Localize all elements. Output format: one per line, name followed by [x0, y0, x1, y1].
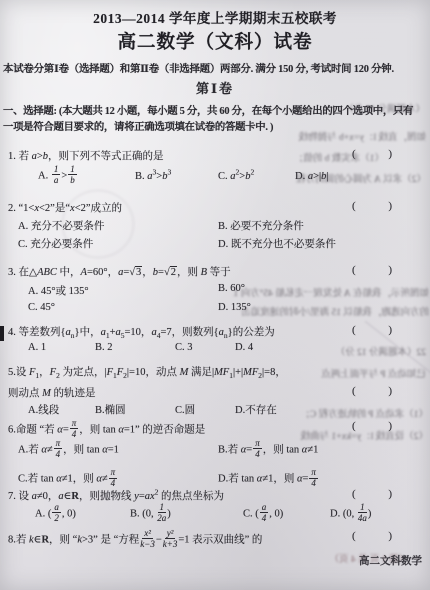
text-segment: =10， — [125, 327, 152, 338]
open-bracket: ( — [352, 385, 356, 397]
bleedthrough-text: 的方向逃跑，我船以 15 海里/小时的速度追击 — [233, 304, 429, 318]
text-segment: A. ( — [35, 509, 51, 520]
question-stem: 7. 设 a≠0，a∈R，则抛物线 y=ax2 的焦点坐标为 — [8, 488, 224, 503]
text-segment: A. 45°或 135° — [28, 286, 89, 297]
fraction-denominator: 2a — [157, 513, 166, 523]
open-bracket: ( — [352, 488, 356, 500]
fraction: π4 — [253, 439, 262, 459]
close-bracket: ) — [388, 264, 392, 276]
option-row: A. 1B. 2C. 3D. 4 — [28, 342, 253, 353]
text-segment: ≠ — [47, 445, 53, 456]
text-segment: C. 3 — [175, 342, 193, 353]
text-segment: 6.命题 “若 — [8, 425, 57, 436]
open-bracket: ( — [352, 530, 356, 542]
fraction-numerator: 1 — [158, 503, 167, 513]
bleedthrough-text: （2）设直线 l：y=kx+1 与曲线 — [248, 428, 428, 442]
text-segment: A. 1 — [28, 342, 46, 353]
text-segment: 的焦点坐标为 — [158, 491, 224, 502]
text-segment: D. (0, — [330, 509, 357, 520]
text-segment: , 0) — [62, 509, 76, 520]
exam-session-title: 2013—2014 学年度上学期期末五校联考 — [0, 7, 430, 27]
text-segment: |=10，动点 — [127, 367, 180, 378]
text-segment: B. 必要不充分条件 — [218, 221, 304, 232]
fraction-numerator: π — [54, 439, 63, 449]
fraction-numerator: π — [109, 468, 118, 478]
open-bracket: ( — [352, 264, 356, 276]
bleedthrough-text: 如图所示，我船在 A 处发现一走私船 45°方向 12 海里 — [233, 285, 429, 299]
text-segment: }的公差为 — [228, 327, 275, 338]
answer-brackets: () — [352, 200, 392, 212]
text-segment: ≠1，则 — [62, 474, 97, 485]
fraction-denominator: 4a — [358, 513, 367, 523]
option-B: B. 必要不充分条件 — [218, 218, 336, 233]
question-stem-line2: 则动点 M 的轨迹是 — [8, 385, 96, 400]
fraction-denominator: 2 — [54, 513, 59, 523]
math-variable: MF — [214, 367, 229, 378]
fraction: 1a — [52, 165, 61, 185]
fraction-denominator: k−3 — [140, 539, 155, 549]
text-segment: B.椭圆 — [95, 405, 126, 416]
question-stem: 8.若 k∈R，则 “k>3” 是 “方程x²k−3−y²k+3=1 表示双曲线… — [8, 530, 262, 550]
bleedthrough-figure-circle — [62, 190, 134, 258]
text-segment: ，则 tan — [79, 425, 118, 436]
answer-brackets: () — [352, 385, 392, 397]
fraction: π4 — [70, 419, 79, 439]
text-segment: ) — [167, 509, 171, 520]
close-bracket: ) — [388, 385, 392, 397]
fraction-numerator: 1 — [52, 165, 61, 175]
option-row: A. 45°或 135°B. 60°C. 45°D. 135° — [28, 283, 251, 313]
text-segment: C.若 tan — [18, 474, 56, 485]
fraction: a4 — [260, 503, 269, 523]
math-variable: MF — [243, 367, 258, 378]
question-stem: 6.命题 “若 α=π4，则 tan α=1” 的逆否命题是 — [8, 420, 205, 440]
text-segment: ， — [39, 367, 50, 378]
text-segment: C.圆 — [175, 405, 195, 416]
text-segment: |+| — [233, 367, 243, 378]
bold-symbol: R — [41, 535, 49, 546]
paper-title: 高二数学（文科）试卷 — [0, 28, 430, 54]
bleedthrough-text: （1）求动点 P 的轨迹方程 C； — [260, 406, 428, 420]
close-bracket: ) — [388, 530, 392, 542]
option-B: B. a3>b3 — [135, 171, 218, 182]
text-segment: = — [302, 474, 308, 485]
part-title: 第Ⅰ卷 — [0, 78, 430, 97]
fraction-numerator: 1 — [68, 165, 77, 175]
text-segment: C. ( — [243, 509, 259, 520]
bleedthrough-text: （本题满分 12 分） — [293, 101, 425, 115]
answer-brackets: () — [352, 530, 392, 542]
option-D: D.若 tan α≠1，则 α=π4 — [218, 469, 319, 489]
option-B: B. (0, 12a) — [130, 504, 243, 524]
fraction-denominator: 4 — [255, 449, 260, 459]
sqrt-expression: √2 — [164, 267, 177, 278]
text-segment: D. 4 — [235, 342, 253, 353]
option-B: B.椭圆 — [95, 402, 175, 417]
text-segment: =7，则数列{ — [160, 327, 218, 338]
text-segment: 3. 在△ — [8, 267, 37, 278]
text-segment: =1” 的逆否命题是 — [124, 425, 205, 436]
text-segment: =1 表示双曲线” 的 — [178, 535, 262, 546]
option-C: C.圆 — [175, 402, 235, 417]
text-segment: B.若 — [218, 445, 241, 456]
close-bracket: ) — [388, 200, 392, 212]
option-A: A. 1 — [28, 342, 95, 353]
fraction-denominator: 4 — [72, 429, 77, 439]
text-segment: ≠1 — [307, 445, 318, 456]
text-segment: − — [156, 535, 162, 546]
text-segment: D.若 tan — [218, 474, 257, 485]
fraction: π4 — [54, 439, 63, 459]
fraction: 12a — [157, 503, 166, 523]
text-segment: B. 2 — [95, 342, 113, 353]
option-C: C. 45° — [28, 302, 218, 313]
text-segment: 5.设 — [8, 367, 29, 378]
text-segment: 7. 设 — [8, 491, 32, 502]
text-segment: 1. 若 — [8, 151, 32, 162]
text-segment: ) — [368, 509, 372, 520]
math-variable: M — [42, 388, 51, 399]
text-segment: }中， — [75, 327, 101, 338]
fraction-numerator: a — [52, 503, 61, 513]
text-segment: A.若 — [18, 445, 41, 456]
sqrt-expression: √3 — [129, 267, 142, 278]
fraction-numerator: x² — [142, 529, 153, 539]
text-segment: 为定点，| — [60, 367, 107, 378]
close-bracket: ) — [388, 148, 392, 160]
open-bracket: ( — [352, 200, 356, 212]
text-segment: 等于 — [207, 267, 231, 278]
bleedthrough-text: （2）求以 A 为圆心的圆的方程 — [240, 171, 426, 185]
option-A: A.若 α≠π4，则 tan α=1 — [18, 440, 218, 460]
option-B: B.若 α=π4，则 tan α≠1 — [218, 440, 319, 460]
fraction-numerator: 1 — [358, 503, 367, 513]
question-stem: 1. 若 a>b，则下列不等式正确的是 — [8, 148, 164, 163]
option-row: A. (a2, 0)B. (0, 12a)C. (a4, 0)D. (0, 14… — [35, 504, 371, 524]
text-segment: = — [246, 445, 252, 456]
close-bracket: ) — [388, 324, 392, 336]
option-row: A.若 α≠π4，则 tan α=1B.若 α=π4，则 tan α≠1C.若 … — [18, 440, 319, 490]
radicand: 2 — [170, 266, 177, 278]
open-bracket: ( — [352, 324, 356, 336]
option-C: C. 3 — [175, 342, 235, 353]
option-B: B. 2 — [95, 342, 175, 353]
text-segment: ，则下列不等式正确的是 — [48, 151, 164, 162]
fraction-denominator: 4 — [311, 479, 316, 489]
text-segment: ，则 tan — [263, 445, 302, 456]
question-stem: 5.设 F1，F2 为定点，|F1F2|=10，动点 M 满足|MF1|+|MF… — [8, 364, 286, 379]
text-segment: 的轨迹是 — [51, 388, 96, 399]
option-A: A. 45°或 135° — [28, 283, 218, 298]
fraction: 14a — [358, 503, 367, 523]
bold-symbol: R — [71, 491, 79, 502]
bleedthrough-text: （1）求实数 b 的值； — [252, 150, 384, 164]
text-segment: =1 — [108, 445, 119, 456]
option-D: D. (0, 14a) — [330, 504, 371, 524]
scan-edge-mark — [0, 326, 4, 341]
close-bracket: ) — [388, 488, 392, 500]
fraction-denominator: 4 — [262, 513, 267, 523]
text-segment: ，则 tan — [63, 445, 102, 456]
text-segment: C. 45° — [28, 302, 55, 313]
text-segment: 2. “1< — [8, 203, 34, 214]
text-segment: 中， — [57, 267, 81, 278]
fraction-denominator: k+3 — [163, 539, 178, 549]
text-segment: ，则 “ — [49, 535, 77, 546]
text-segment: = — [63, 425, 69, 436]
option-A: A. (a2, 0) — [35, 504, 130, 524]
text-segment: ， — [142, 267, 153, 278]
math-variable: ABC — [37, 267, 57, 278]
text-segment: A.线段 — [28, 405, 59, 416]
math-variable: ax — [145, 491, 155, 502]
fraction-numerator: a — [260, 503, 269, 513]
text-segment: =60°， — [87, 267, 118, 278]
question-stem: 3. 在△ABC 中，A=60°，a=√3，b=√2，则 B 等于 — [8, 264, 231, 279]
text-segment: C. — [218, 171, 230, 182]
fraction-numerator: y² — [165, 529, 176, 539]
fraction-denominator: 4 — [56, 449, 61, 459]
fraction: x²k−3 — [140, 529, 155, 549]
text-segment: B. (0, — [130, 509, 156, 520]
exam-paper-scan: 2013—2014 学年度上学期期末五校联考 高二数学（文科）试卷 本试卷分第Ⅰ… — [0, 0, 430, 590]
text-segment: , 0) — [269, 509, 283, 520]
paper-instructions: 本试卷分第Ⅰ卷（选择题）和第Ⅱ卷（非选择题）两部分. 满分 150 分, 考试时… — [3, 60, 429, 75]
bleedthrough-text: 如图，直线 l：y=x+b 与抛物线 — [240, 129, 426, 143]
fraction-numerator: π — [309, 468, 318, 478]
bleedthrough-text: 22（本题满分 12 分） — [298, 344, 426, 358]
option-row: A.线段B.椭圆C.圆D.不存在 — [28, 402, 277, 417]
text-segment: >3” 是 “方程 — [82, 535, 139, 546]
option-C: C.若 tan α≠1，则 α≠π4 — [18, 469, 218, 489]
text-segment: ，则抛物线 — [79, 491, 134, 502]
option-A: A. 1a>1b — [38, 166, 135, 186]
text-segment: 满足| — [188, 367, 214, 378]
text-segment: > — [61, 171, 67, 182]
text-segment: ≠ — [102, 474, 108, 485]
superscript: 3 — [167, 167, 171, 176]
option-C: C. (a4, 0) — [243, 504, 330, 524]
question-stem: 4. 等差数列{an}中，a1+a5=10，a4=7，则数列{an}的公差为 — [8, 324, 275, 339]
fraction: y²k+3 — [163, 529, 178, 549]
fraction: π4 — [109, 468, 118, 488]
footer-label: 高二文科数学 — [0, 553, 422, 568]
option-D: D. 4 — [235, 342, 253, 353]
answer-brackets: () — [352, 488, 392, 500]
text-segment: ≠0， — [37, 491, 59, 502]
text-segment: 4. 等差数列{ — [8, 327, 66, 338]
fraction-denominator: b — [70, 175, 75, 185]
fraction: π4 — [309, 468, 318, 488]
fraction-denominator: a — [54, 175, 59, 185]
fraction-numerator: π — [70, 419, 79, 429]
option-A: A.线段 — [28, 402, 95, 417]
text-segment: B. — [135, 171, 147, 182]
bleedthrough-text: 已知动点 P 与平面上两点 — [266, 366, 426, 380]
text-segment: 则动点 — [8, 388, 42, 399]
text-segment: 8.若 — [8, 535, 29, 546]
text-segment: A. — [38, 171, 51, 182]
fraction: a2 — [52, 503, 61, 523]
answer-brackets: () — [352, 264, 392, 276]
option-D: D. 既不充分也不必要条件 — [218, 236, 336, 251]
text-segment: D. 既不充分也不必要条件 — [218, 239, 336, 250]
text-segment: ≠1，则 — [262, 474, 297, 485]
fraction: 1b — [68, 165, 77, 185]
text-segment: ，则 — [177, 267, 201, 278]
